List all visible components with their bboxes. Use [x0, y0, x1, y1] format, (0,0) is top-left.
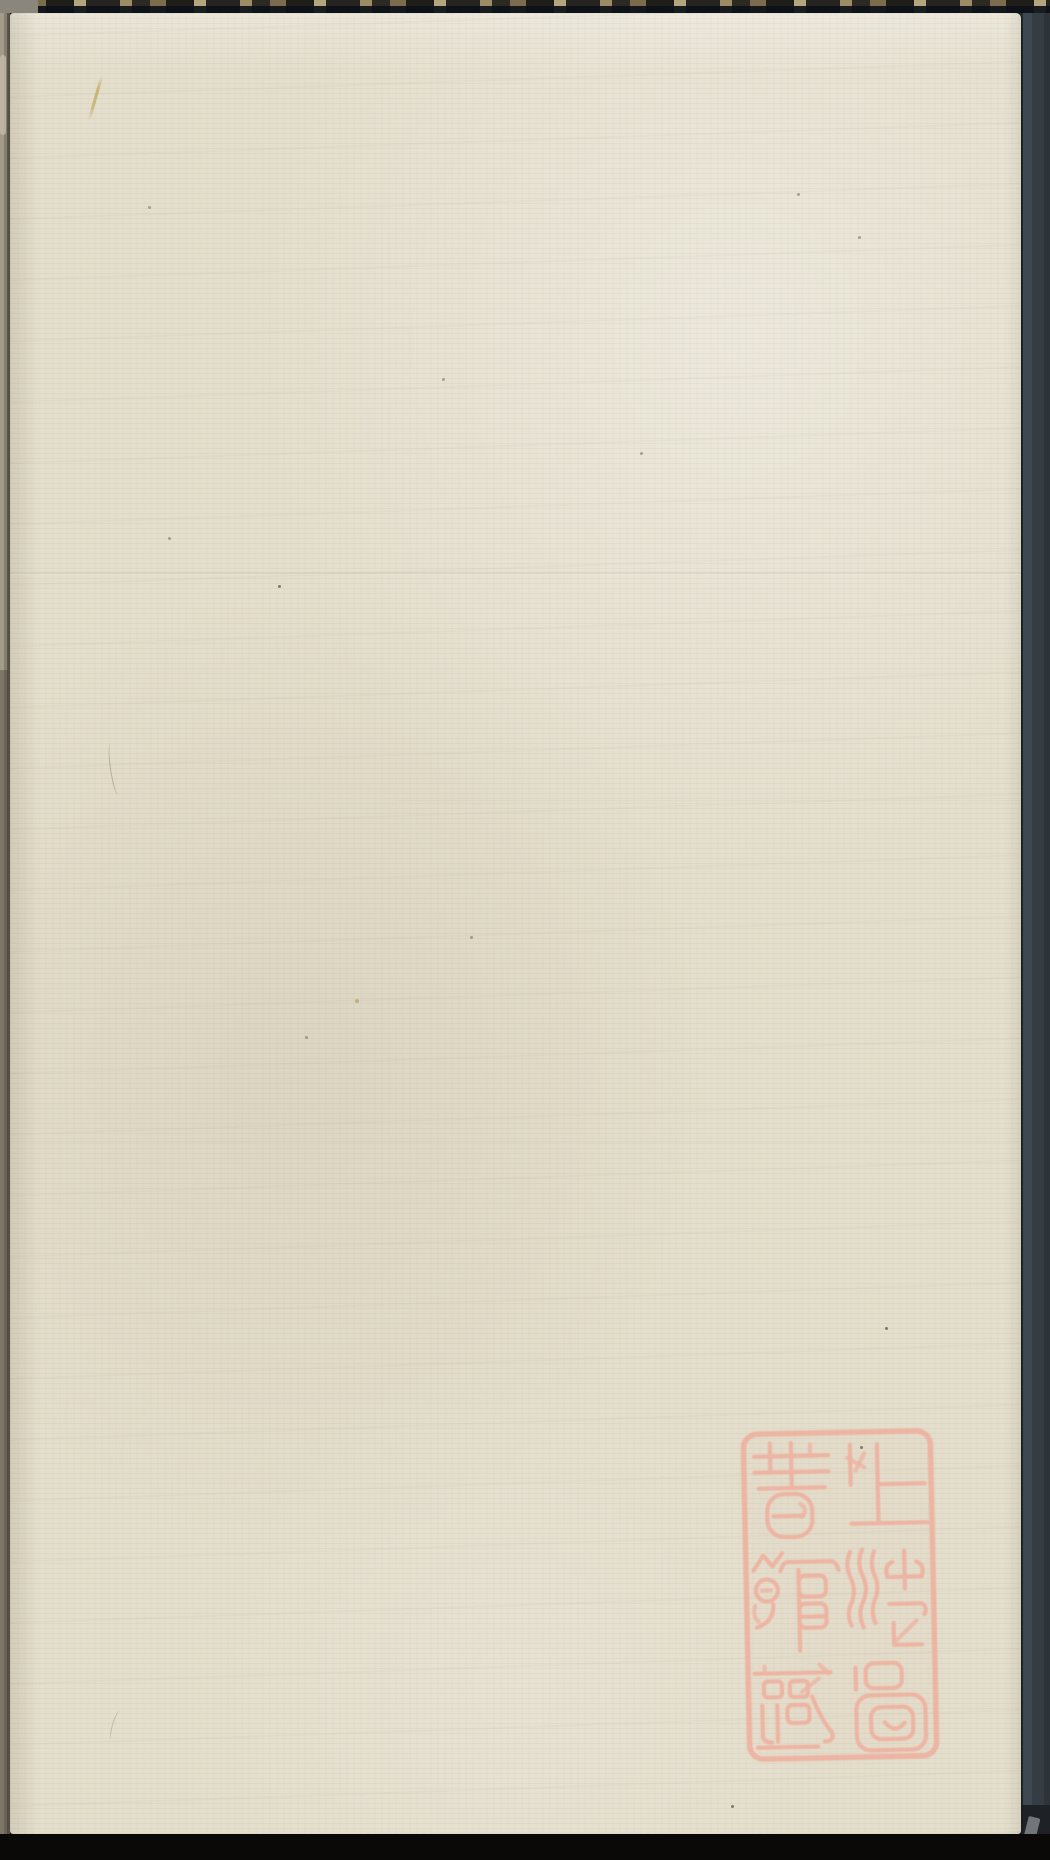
paper-crease-partial — [394, 800, 1021, 803]
paper-crease-faint — [10, 1141, 1021, 1144]
foxing-speck — [168, 537, 171, 540]
paper-scratch — [88, 75, 104, 120]
foxing-speck — [278, 585, 281, 588]
foxing-speck — [640, 452, 643, 455]
library-seal: 上海圖書館藏 — [739, 1426, 942, 1764]
foxing-speck — [797, 193, 800, 196]
scan-background-bottom — [0, 1834, 1050, 1860]
foxing-speck — [731, 1805, 734, 1808]
book-board-right — [1020, 0, 1050, 1810]
blank-book-page: 上海圖書館藏 — [10, 13, 1021, 1834]
foxing-speck — [470, 936, 473, 939]
foxing-speck — [442, 378, 445, 381]
seal-caption: Shanghai Library Collection — [10, 13, 11, 14]
paper-crease — [10, 572, 1021, 575]
foxing-speck — [305, 1036, 308, 1039]
spine-lower-shade — [0, 670, 8, 1834]
foxing-speck — [355, 999, 359, 1003]
book-top-edge — [0, 0, 1050, 13]
spine-highlight — [0, 55, 6, 135]
scanned-book-page-photo: 上海圖書館藏 — [0, 0, 1050, 1860]
foxing-speck — [148, 206, 151, 209]
foxing-speck — [885, 1327, 888, 1330]
paper-fiber-mark — [106, 743, 124, 796]
paper-fiber-mark — [108, 1709, 123, 1740]
foxing-speck — [858, 236, 861, 239]
